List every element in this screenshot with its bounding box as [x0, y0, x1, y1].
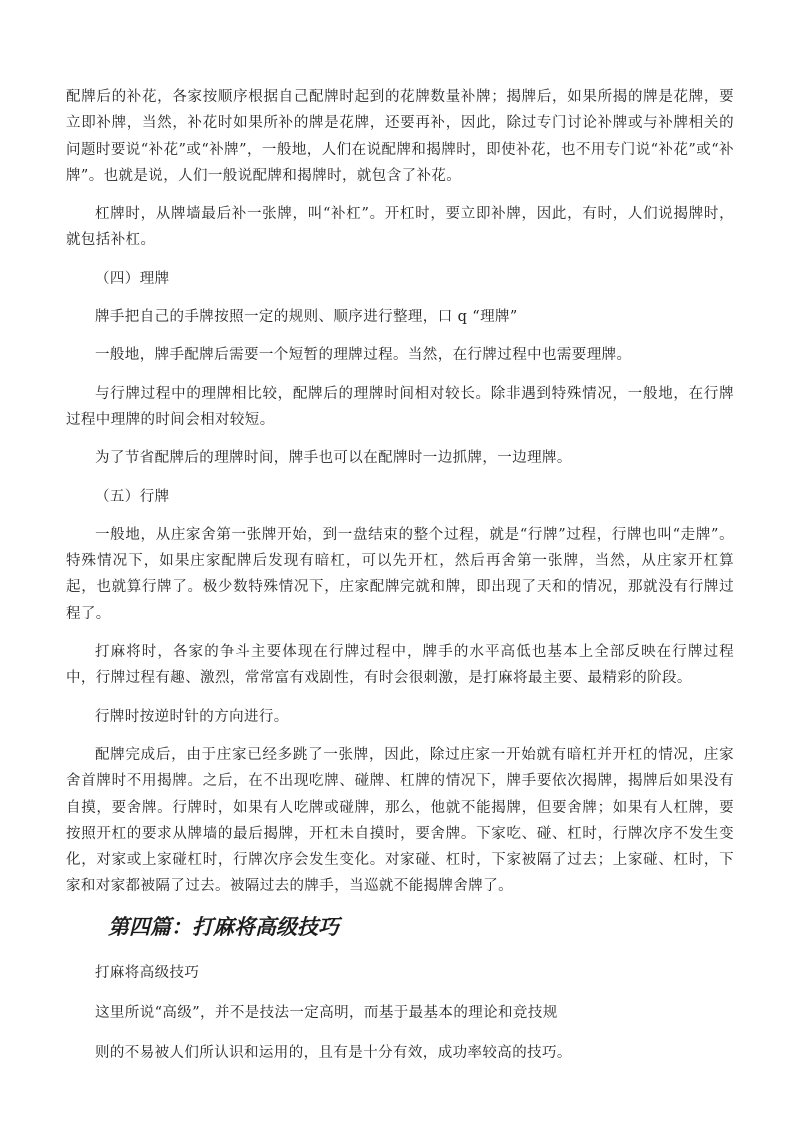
paragraph: 杠牌时，从牌墙最后补一张牌，叫“补杠”。开杠时，要立即补牌，因此，有时，人们说揭…	[66, 201, 734, 254]
section-heading: 第四篇：打麻将高级技巧	[66, 912, 734, 942]
document-body: 配牌后的补花，各家按顺序根据自己配牌时起到的花牌数量补牌；揭牌后，如果所揭的牌是…	[66, 84, 734, 1067]
paragraph: 一般地，从庄家舍第一张牌开始，到一盘结束的整个过程，就是“行牌”过程，行牌也叫“…	[66, 522, 734, 627]
paragraph: 为了节省配牌后的理牌时间，牌手也可以在配牌时一边抓牌，一边理牌。	[66, 445, 734, 471]
paragraph: 配牌完成后，由于庄家已经多跳了一张牌，因此，除过庄家一开始就有暗杠并开杠的情况，…	[66, 742, 734, 900]
paragraph: （五）行牌	[66, 484, 734, 510]
paragraph: 与行牌过程中的理牌相比较，配牌后的理牌时间相对较长。除非遇到特殊情况，一般地，在…	[66, 381, 734, 434]
paragraph: 则的不易被人们所认识和运用的，且有是十分有效，成功率较高的技巧。	[66, 1040, 734, 1066]
paragraph: 行牌时按逆时针的方向进行。	[66, 704, 734, 730]
paragraph: 打麻将高级技巧	[66, 960, 734, 986]
paragraph: 配牌后的补花，各家按顺序根据自己配牌时起到的花牌数量补牌；揭牌后，如果所揭的牌是…	[66, 84, 734, 189]
document-page: 配牌后的补花，各家按顺序根据自己配牌时起到的花牌数量补牌；揭牌后，如果所揭的牌是…	[0, 0, 800, 1132]
paragraph: 这里所说“高级”，并不是技法一定高明，而基于最基本的理论和竞技规	[66, 1000, 734, 1026]
paragraph: 打麻将时，各家的争斗主要体现在行牌过程中，牌手的水平高低也基本上全部反映在行牌过…	[66, 639, 734, 692]
paragraph: 牌手把自己的手牌按照一定的规则、顺序进行整理，口 q “理牌”	[66, 304, 734, 330]
paragraph: （四）理牌	[66, 266, 734, 292]
paragraph: 一般地，牌手配牌后需要一个短暂的理牌过程。当然，在行牌过程中也需要理牌。	[66, 342, 734, 368]
